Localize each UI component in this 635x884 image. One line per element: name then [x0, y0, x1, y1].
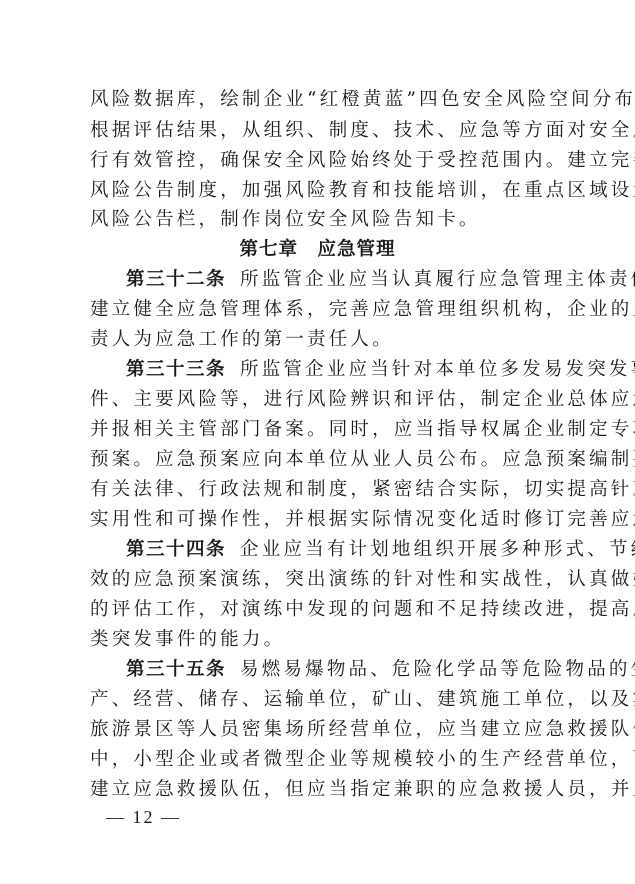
paragraph-line: 产、经营、储存、运输单位，矿山、建筑施工单位，以及宾馆、	[90, 685, 560, 715]
paragraph-line: 并报相关主管部门备案。同时，应当指导权属企业制定专项应急	[90, 415, 560, 445]
paragraph-line: 建立健全应急管理体系，完善应急管理组织机构，企业的主要负	[90, 295, 560, 325]
paragraph-line: 类突发事件的能力。	[90, 625, 560, 655]
paragraph-line: 建立应急救援队伍，但应当指定兼职的应急救援人员，并且可以	[90, 775, 560, 805]
article-number: 第三十五条	[126, 659, 226, 680]
article-first-line: 第三十三条所监管企业应当针对本单位多发易发突发事	[126, 355, 596, 385]
paragraph-line: 风险公告栏，制作岗位安全风险告知卡。	[90, 205, 560, 235]
paragraph-line: 责人为应急工作的第一责任人。	[90, 325, 560, 355]
article-number: 第三十三条	[126, 359, 226, 380]
paragraph-line: 的评估工作，对演练中发现的问题和不足持续改进，提高应对各	[90, 595, 560, 625]
article-first-line: 第三十五条易燃易爆物品、危险化学品等危险物品的生	[126, 655, 596, 685]
document-page: 风险数据库，绘制企业“红橙黄蓝”四色安全风险空间分布图。 根据评估结果，从组织、…	[0, 0, 635, 884]
article-number: 第三十四条	[126, 539, 226, 560]
paragraph-line: 行有效管控，确保安全风险始终处于受控范围内。建立完善安全	[90, 146, 560, 176]
paragraph-line: 件、主要风险等，进行风险辨识和评估，制定企业总体应急预案，	[90, 385, 560, 415]
article-text: 易燃易爆物品、危险化学品等危险物品的生	[240, 659, 635, 680]
paragraph-line: 根据评估结果，从组织、制度、技术、应急等方面对安全风险进	[90, 116, 560, 146]
paragraph-line: 旅游景区等人员密集场所经营单位，应当建立应急救援队伍（其	[90, 715, 560, 745]
article-text: 所监管企业应当认真履行应急管理主体责任，	[240, 269, 635, 290]
paragraph-line: 有关法律、行政法规和制度，紧密结合实际，切实提高针对性、	[90, 475, 560, 505]
article-number: 第三十二条	[126, 269, 226, 290]
article-text: 企业应当有计划地组织开展多种形式、节约高	[240, 539, 635, 560]
paragraph-line: 风险公告制度，加强风险教育和技能培训，在重点区域设置安全	[90, 176, 560, 206]
article-first-line: 第三十二条所监管企业应当认真履行应急管理主体责任，	[126, 265, 596, 295]
paragraph-line: 风险数据库，绘制企业“红橙黄蓝”四色安全风险空间分布图。	[90, 85, 560, 115]
paragraph-line: 预案。应急预案应向本单位从业人员公布。应急预案编制要依据	[90, 445, 560, 475]
article-text: 所监管企业应当针对本单位多发易发突发事	[240, 359, 635, 380]
article-first-line: 第三十四条企业应当有计划地组织开展多种形式、节约高	[126, 535, 596, 565]
paragraph-line: 效的应急预案演练，突出演练的针对性和实战性，认真做好演练	[90, 565, 560, 595]
chapter-heading: 第七章 应急管理	[0, 235, 635, 265]
paragraph-line: 中，小型企业或者微型企业等规模较小的生产经营单位，可以不	[90, 745, 560, 775]
paragraph-line: 实用性和可操作性，并根据实际情况变化适时修订完善应急预案。	[90, 505, 560, 535]
page-number: — 12 —	[106, 805, 181, 829]
